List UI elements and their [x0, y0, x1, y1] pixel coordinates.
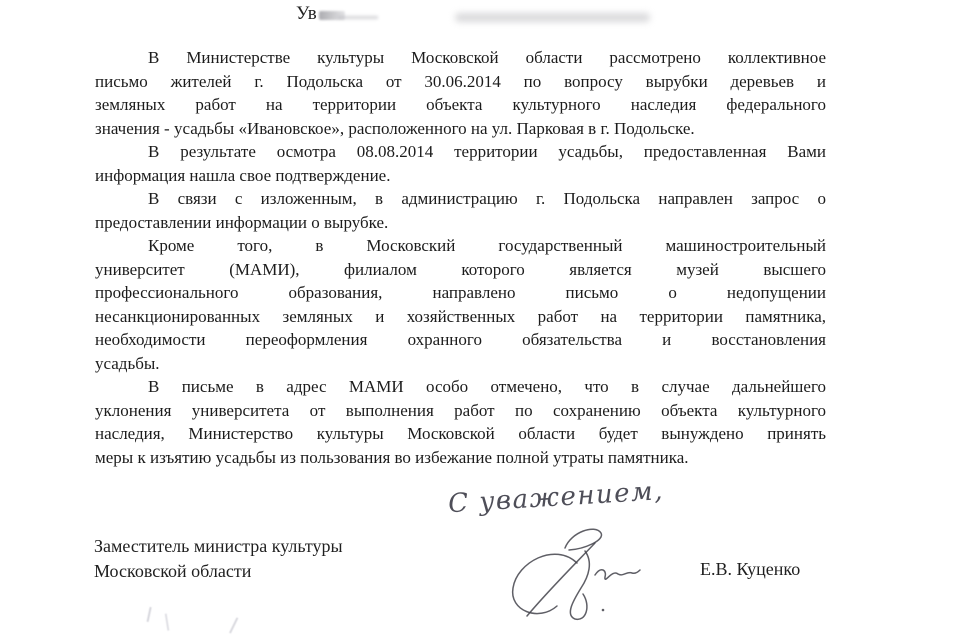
pencil-mark: [147, 607, 162, 624]
paragraph-2: В результате осмотра 08.08.2014 территор…: [95, 140, 826, 187]
paragraph-line: земляных работ на территории объекта кул…: [95, 93, 826, 117]
pencil-mark: [165, 612, 178, 630]
paragraph-5: В письме в адрес МАМИ особо отмечено, чт…: [95, 375, 826, 469]
paragraph-line: В письме в адрес МАМИ особо отмечено, чт…: [95, 375, 826, 399]
paragraph-line: меры к изъятию усадьбы из пользования во…: [95, 446, 826, 470]
pencil-mark: [229, 617, 251, 639]
paragraph-4: Кроме того, в Московский государственный…: [95, 234, 826, 375]
scan-artifact-smudge: [455, 13, 650, 22]
paragraph-line: наследия, Министерство культуры Московск…: [95, 422, 826, 446]
signature-autograph: [495, 518, 665, 636]
paragraph-line: информация нашла свое подтверждение.: [95, 164, 826, 188]
paragraph-line: В Министерстве культуры Московской облас…: [95, 46, 826, 70]
handwritten-closing: С уважением,: [447, 473, 718, 519]
salutation-fragment: Ув: [296, 3, 345, 25]
letter-body: В Министерстве культуры Московской облас…: [95, 46, 826, 469]
signer-title-line2: Московской области: [94, 559, 343, 584]
paragraph-line: усадьбы.: [95, 352, 826, 376]
paragraph-line: Кроме того, в Московский государственный…: [95, 234, 826, 258]
signer-name: Е.В. Куценко: [700, 559, 800, 580]
paragraph-line: письмо жителей г. Подольска от 30.06.201…: [95, 70, 826, 94]
paragraph-line: университет (МАМИ), филиалом которого яв…: [95, 258, 826, 282]
paragraph-line: несанкционированных земляных и хозяйстве…: [95, 305, 826, 329]
paragraph-line: В результате осмотра 08.08.2014 территор…: [95, 140, 826, 164]
paragraph-line: значения - усадьбы «Ивановское», располо…: [95, 117, 826, 141]
signer-title: Заместитель министра культуры Московской…: [94, 534, 343, 584]
paragraph-3: В связи с изложенным, в администрацию г.…: [95, 187, 826, 234]
salutation-text: Ув: [296, 3, 317, 24]
scanned-letter-page: Ув В Министерстве культуры Московской об…: [0, 0, 960, 640]
paragraph-line: необходимости переоформления охранного о…: [95, 328, 826, 352]
paragraph-line: предоставлении информации о вырубке.: [95, 211, 826, 235]
scan-artifact-dashes: [338, 16, 378, 19]
paragraph-line: уклонения университета от выполнения раб…: [95, 399, 826, 423]
paragraph-1: В Министерстве культуры Московской облас…: [95, 46, 826, 140]
paragraph-line: В связи с изложенным, в администрацию г.…: [95, 187, 826, 211]
signer-title-line1: Заместитель министра культуры: [94, 534, 343, 559]
paragraph-line: профессионального образования, направлен…: [95, 281, 826, 305]
